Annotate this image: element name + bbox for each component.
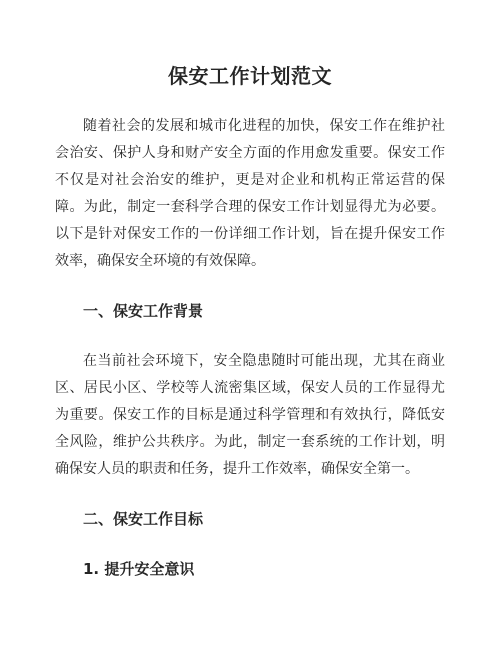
paragraph-background: 在当前社会环境下，安全隐患随时可能出现，尤其在商业区、居民小区、学校等人流密集区…	[55, 348, 445, 483]
paragraph-intro: 随着社会的发展和城市化进程的加快，保安工作在维护社会治安、保护人身和财产安全方面…	[55, 113, 445, 275]
section-heading-background: 一、保安工作背景	[55, 298, 445, 325]
section-heading-goals: 二、保安工作目标	[55, 506, 445, 533]
document-page: 保安工作计划范文 随着社会的发展和城市化进程的加快，保安工作在维护社会治安、保护…	[0, 0, 500, 647]
subsection-heading-safety-awareness: 1. 提升安全意识	[55, 556, 445, 583]
document-title: 保安工作计划范文	[55, 61, 445, 91]
